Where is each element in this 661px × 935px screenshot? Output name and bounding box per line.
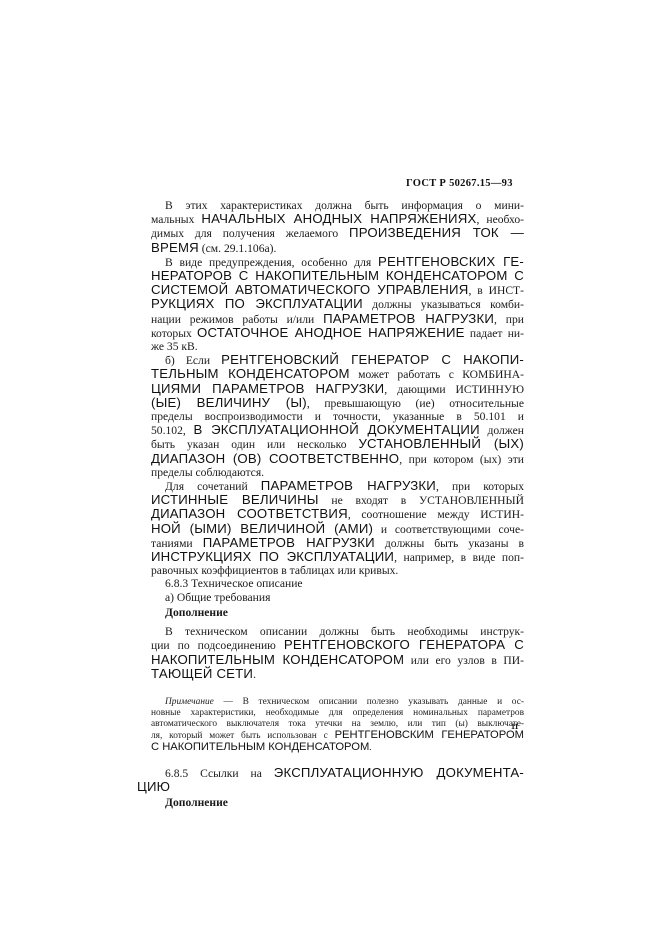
plain-text: ля, который может быть использован с bbox=[151, 731, 335, 741]
defined-term: ОСТАТОЧНОЕ АНОДНОЕ НАПРЯЖЕНИЕ bbox=[197, 325, 465, 340]
paragraph-load-parameters: Для сочетаний ПАРАМЕТРОВ НАГРУЗКИ, при к… bbox=[151, 479, 524, 577]
plain-text: должны быть указаны в bbox=[375, 537, 524, 550]
text-line: ции по подсоединению РЕНТГЕНОВСКОГО ГЕНЕ… bbox=[151, 638, 524, 652]
text-line: ТАЮЩЕЙ СЕТИ. bbox=[151, 667, 524, 681]
defined-term: СИСТЕМОЙ АВТОМАТИЧЕСКОГО УПРАВЛЕНИЯ bbox=[151, 282, 468, 297]
spacer bbox=[151, 681, 524, 697]
text-line: равочных коэффициентов в таблицах или кр… bbox=[151, 564, 524, 577]
note-label: Примечание bbox=[165, 697, 214, 707]
defined-term: ПРОИЗВЕДЕНИЯ ТОК — bbox=[349, 225, 524, 240]
defined-term: РЕНТГЕНОВСКИХ ГЕ- bbox=[378, 254, 524, 269]
plain-text: должен bbox=[480, 424, 524, 437]
defined-term: ИСТИННЫЕ ВЕЛИЧИНЫ bbox=[151, 492, 319, 507]
plain-text: таниями bbox=[151, 537, 203, 550]
defined-term: НЕРАТОРОВ С НАКОПИТЕЛЬНЫМ КОНДЕНСАТОРОМ … bbox=[151, 268, 524, 283]
defined-term: С НАКОПИТЕЛЬНЫМ КОНДЕНСАТОРОМ bbox=[151, 741, 369, 753]
plain-text: автоматического выключателя тока утечки … bbox=[151, 719, 524, 729]
heading-685-line1: 6.8.5 Ссылки на ЭКСПЛУАТАЦИОННУЮ ДОКУМЕН… bbox=[151, 766, 524, 780]
plain-text: пределы соблюдаются. bbox=[151, 466, 264, 479]
plain-text: , при которых bbox=[436, 480, 524, 493]
plain-text: 50.102, bbox=[151, 424, 193, 437]
defined-term: ПАРАМЕТРОВ НАГРУЗКИ bbox=[323, 311, 494, 326]
text-line: Примечание — В техническом описании поле… bbox=[151, 697, 524, 708]
text-line: ИСТИННЫЕ ВЕЛИЧИНЫ не входят в УСТАНОВЛЕН… bbox=[151, 493, 524, 507]
note-block: Примечание — В техническом описании поле… bbox=[151, 697, 524, 754]
text-line: НОЙ (ЫМИ) ВЕЛИЧИНОЙ (АМИ) и соответствую… bbox=[151, 522, 524, 536]
text-line: нации режимов работы и/или ПАРАМЕТРОВ НА… bbox=[151, 312, 524, 326]
plain-text: равочных коэффициентов в таблицах или кр… bbox=[151, 564, 398, 577]
text-line: НАКОПИТЕЛЬНЫМ КОНДЕНСАТОРОМ или его узло… bbox=[151, 653, 524, 667]
plain-text: димых для получения желаемого bbox=[151, 227, 349, 240]
text-line: новные характеристики, необходимые для о… bbox=[151, 708, 524, 719]
paragraph-characteristics: В этих характеристиках должна быть инфор… bbox=[151, 199, 524, 255]
section-heading-683: 6.8.3 Техническое описание bbox=[151, 577, 524, 590]
plain-text: не входят в УСТАНОВЛЕННЫЙ bbox=[319, 494, 524, 507]
plain-text: В техническом описании должны быть необх… bbox=[165, 625, 524, 638]
plain-text: , при котором (ых) эти bbox=[399, 453, 524, 466]
defined-term: ТАЮЩЕЙ СЕТИ bbox=[151, 666, 253, 681]
plain-text: , в ИНСТ- bbox=[468, 284, 524, 297]
defined-term: РЕНТГЕНОВСКИМ ГЕНЕРАТОРОМ bbox=[335, 729, 524, 741]
text-line: быть указан один или несколько УСТАНОВЛЕ… bbox=[151, 437, 524, 451]
heading-685-caps: ЭКСПЛУАТАЦИОННУЮ ДОКУМЕНТА- bbox=[274, 765, 524, 780]
plain-text: б) Если bbox=[165, 354, 221, 367]
plain-text: ции по подсоединению bbox=[151, 639, 284, 652]
plain-text: должны указываться комби- bbox=[363, 298, 524, 311]
plain-text: может работать с КОМБИНА- bbox=[350, 368, 524, 381]
heading-685-line2: ЦИЮ bbox=[151, 780, 524, 794]
plain-text: . bbox=[369, 743, 371, 753]
defined-term: НОЙ (ЫМИ) ВЕЛИЧИНОЙ (АМИ) bbox=[151, 521, 373, 536]
text-line: ИНСТРУКЦИЯХ ПО ЭКСПЛУАТАЦИИ, например, в… bbox=[151, 550, 524, 564]
plain-text: быть указан один или несколько bbox=[151, 438, 358, 451]
defined-term: ЦИЯМИ ПАРАМЕТРОВ НАГРУЗКИ bbox=[151, 381, 384, 396]
paragraph-warning: В виде предупреждения, особенно для РЕНТ… bbox=[151, 255, 524, 353]
defined-term: В ЭКСПЛУАТАЦИОННОЙ ДОКУМЕНТАЦИИ bbox=[193, 422, 479, 437]
text-line: ДИАПАЗОН СООТВЕТСТВИЯ, соотношение между… bbox=[151, 507, 524, 521]
plain-text: — В техническом описании полезно указыва… bbox=[214, 697, 524, 707]
plain-text: , дающими ИСТИННУЮ bbox=[384, 383, 524, 396]
plain-text: же 35 кВ. bbox=[151, 340, 198, 353]
addition-label-685: Дополнение bbox=[151, 796, 524, 809]
plain-text: (см. 29.1.106а). bbox=[199, 242, 277, 255]
defined-term: РЕНТГЕНОВСКИЙ ГЕНЕРАТОР С НАКОПИ- bbox=[221, 352, 524, 367]
text-line: ТЕЛЬНЫМ КОНДЕНСАТОРОМ может работать с К… bbox=[151, 367, 524, 381]
defined-term: ИНСТРУКЦИЯХ ПО ЭКСПЛУАТАЦИИ bbox=[151, 549, 394, 564]
text-line: В виде предупреждения, особенно для РЕНТ… bbox=[151, 255, 524, 269]
text-line: б) Если РЕНТГЕНОВСКИЙ ГЕНЕРАТОР С НАКОПИ… bbox=[151, 353, 524, 367]
text-line: СИСТЕМОЙ АВТОМАТИЧЕСКОГО УПРАВЛЕНИЯ, в И… bbox=[151, 283, 524, 297]
page-number: 11 bbox=[511, 722, 519, 731]
plain-text: или его узлов в ПИ- bbox=[404, 654, 524, 667]
defined-term: ПАРАМЕТРОВ НАГРУЗКИ bbox=[261, 478, 436, 493]
plain-text: пределы воспроизводимости и точности, ук… bbox=[151, 410, 524, 423]
standard-header: ГОСТ Р 50267.15—93 bbox=[406, 178, 513, 189]
text-line: ВРЕМЯ (см. 29.1.106а). bbox=[151, 241, 524, 255]
text-line: мальных НАЧАЛЬНЫХ АНОДНЫХ НАПРЯЖЕНИЯХ, н… bbox=[151, 212, 524, 226]
addition-label-683: Дополнение bbox=[151, 606, 524, 619]
subitem-general-requirements: а) Общие требования bbox=[151, 591, 524, 604]
plain-text: В этих характеристиках должна быть инфор… bbox=[165, 199, 524, 212]
defined-term: ДИАПАЗОН (ОВ) СООТВЕТСТВЕННО bbox=[151, 451, 399, 466]
document-body: В этих характеристиках должна быть инфор… bbox=[151, 199, 524, 810]
text-line: которых ОСТАТОЧНОЕ АНОДНОЕ НАПРЯЖЕНИЕ па… bbox=[151, 326, 524, 340]
paragraph-item-b: б) Если РЕНТГЕНОВСКИЙ ГЕНЕРАТОР С НАКОПИ… bbox=[151, 353, 524, 479]
defined-term: РУКЦИЯХ ПО ЭКСПЛУАТАЦИИ bbox=[151, 296, 363, 311]
section-heading-685: 6.8.5 Ссылки на ЭКСПЛУАТАЦИОННУЮ ДОКУМЕН… bbox=[151, 766, 524, 794]
defined-term: ДИАПАЗОН СООТВЕТСТВИЯ bbox=[151, 506, 348, 521]
text-line: НЕРАТОРОВ С НАКОПИТЕЛЬНЫМ КОНДЕНСАТОРОМ … bbox=[151, 269, 524, 283]
plain-text: В виде предупреждения, особенно для bbox=[165, 256, 378, 269]
defined-term: (ЫЕ) ВЕЛИЧИНУ (Ы) bbox=[151, 395, 307, 410]
plain-text: Для сочетаний bbox=[165, 480, 261, 493]
defined-term: ВРЕМЯ bbox=[151, 240, 199, 255]
plain-text: . bbox=[253, 668, 256, 681]
text-line: ЦИЯМИ ПАРАМЕТРОВ НАГРУЗКИ, дающими ИСТИН… bbox=[151, 382, 524, 396]
plain-text: , при bbox=[494, 313, 524, 326]
plain-text: мальных bbox=[151, 213, 201, 226]
plain-text: нации режимов работы и/или bbox=[151, 313, 323, 326]
text-line: РУКЦИЯХ ПО ЭКСПЛУАТАЦИИ должны указывать… bbox=[151, 297, 524, 311]
text-line: ДИАПАЗОН (ОВ) СООТВЕТСТВЕННО, при которо… bbox=[151, 452, 524, 466]
plain-text: и соответствующими соче- bbox=[373, 523, 524, 536]
text-line: димых для получения желаемого ПРОИЗВЕДЕН… bbox=[151, 226, 524, 240]
text-line: 50.102, В ЭКСПЛУАТАЦИОННОЙ ДОКУМЕНТАЦИИ … bbox=[151, 423, 524, 437]
defined-term: РЕНТГЕНОВСКОГО ГЕНЕРАТОРА С bbox=[284, 637, 524, 652]
text-line: (ЫЕ) ВЕЛИЧИНУ (Ы), превышающую (ие) отно… bbox=[151, 396, 524, 410]
paragraph-technical-description: В техническом описании должны быть необх… bbox=[151, 625, 524, 681]
defined-term: ПАРАМЕТРОВ НАГРУЗКИ bbox=[203, 535, 375, 550]
plain-text: , например, в виде поп- bbox=[394, 551, 524, 564]
defined-term: НАЧАЛЬНЫХ АНОДНЫХ НАПРЯЖЕНИЯХ bbox=[201, 211, 476, 226]
plain-text: падает ни- bbox=[465, 327, 524, 340]
plain-text: которых bbox=[151, 327, 197, 340]
defined-term: ТЕЛЬНЫМ КОНДЕНСАТОРОМ bbox=[151, 366, 350, 381]
text-line: С НАКОПИТЕЛЬНЫМ КОНДЕНСАТОРОМ. bbox=[151, 742, 524, 754]
text-line: Для сочетаний ПАРАМЕТРОВ НАГРУЗКИ, при к… bbox=[151, 479, 524, 493]
text-line: таниями ПАРАМЕТРОВ НАГРУЗКИ должны быть … bbox=[151, 536, 524, 550]
plain-text: новные характеристики, необходимые для о… bbox=[151, 708, 524, 718]
plain-text: , необхо- bbox=[476, 213, 524, 226]
plain-text: , соотношение между ИСТИН- bbox=[348, 508, 524, 521]
plain-text: , превышающую (ие) относительные bbox=[307, 397, 524, 410]
defined-term: НАКОПИТЕЛЬНЫМ КОНДЕНСАТОРОМ bbox=[151, 652, 404, 667]
defined-term: УСТАНОВЛЕННЫЙ (ЫХ) bbox=[358, 436, 524, 451]
